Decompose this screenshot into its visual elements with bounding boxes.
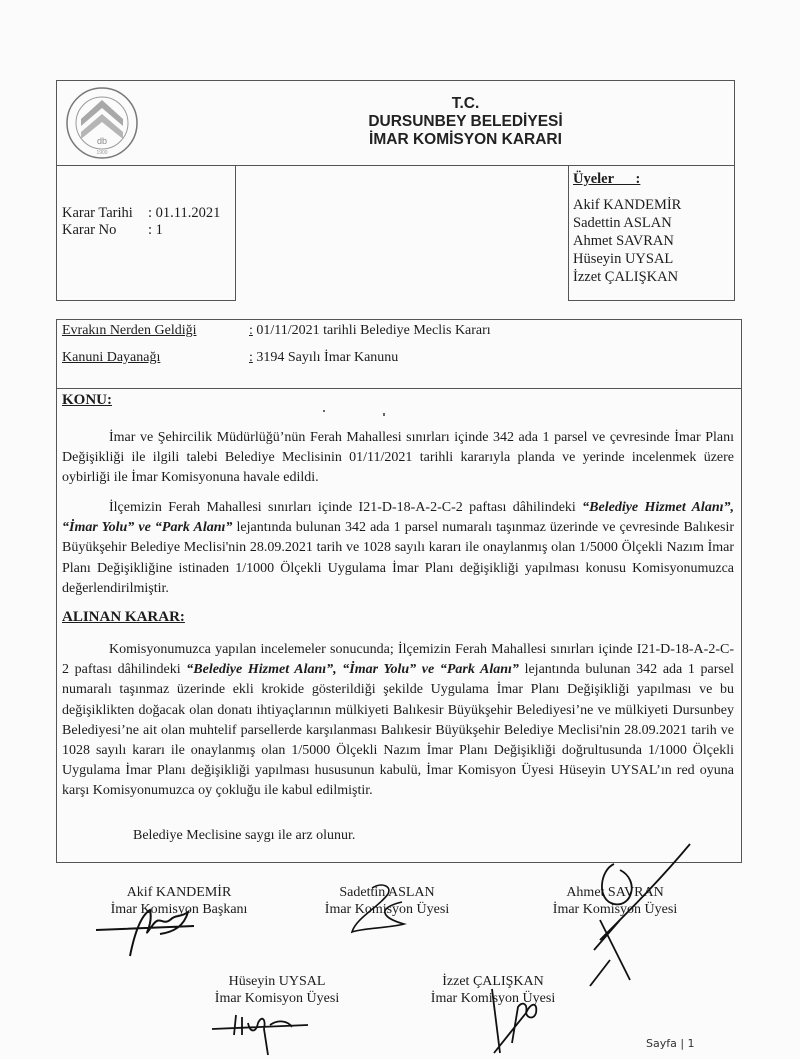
decision-no-row: Karar No: 1	[62, 221, 163, 239]
members-heading: Üyeler :	[573, 170, 734, 188]
page-number: Sayfa | 1	[646, 1037, 695, 1050]
signature-block-member-5: İzzet ÇALIŞKAN İmar Komisyon Üyesi	[418, 973, 568, 1007]
decision-date-value: : 01.11.2021	[148, 205, 220, 221]
member-item: Akif KANDEMİR	[573, 196, 734, 214]
signatory-name: Ahmet SAVRAN	[540, 884, 690, 901]
header-line-municipality: DURSUNBEY BELEDİYESİ	[197, 113, 734, 131]
signatory-title: İmar Komisyon Üyesi	[312, 901, 462, 918]
decision-no-value: : 1	[148, 222, 163, 238]
signatory-title: İmar Komisyon Üyesi	[540, 901, 690, 918]
decision-date-label: Karar Tarihi	[62, 204, 148, 222]
member-item: Hüseyin UYSAL	[573, 250, 734, 268]
members-box: Üyeler : Akif KANDEMİR Sadettin ASLAN Ah…	[568, 165, 735, 301]
section-divider	[57, 388, 741, 389]
karar-paragraph-text-cont: lejantında bulunan 342 ada 1 parsel numa…	[62, 662, 734, 798]
scan-speck	[323, 410, 325, 412]
signatory-name: Hüseyin UYSAL	[202, 973, 352, 990]
header-titles: T.C. DURSUNBEY BELEDİYESİ İMAR KOMİSYON …	[57, 95, 734, 149]
scan-speck	[383, 413, 385, 416]
karar-paragraph: Komisyonumuzca yapılan incelemeler sonuc…	[62, 640, 734, 802]
konu-paragraph-2: İlçemizin Ferah Mahallesi sınırları için…	[62, 498, 734, 599]
konu-paragraph-2-text: İlçemizin Ferah Mahallesi sınırları için…	[109, 500, 582, 515]
konu-paragraph-1: İmar ve Şehircilik Müdürlüğü’nün Ferah M…	[62, 428, 734, 489]
origin-value: 01/11/2021 tarihli Belediye Meclis Karar…	[256, 323, 490, 338]
signature-block-member-2: Sadettin ASLAN İmar Komisyon Üyesi	[312, 884, 462, 918]
signatory-name: Akif KANDEMİR	[104, 884, 254, 901]
legal-basis-row: Kanuni Dayanağı: 3194 Sayılı İmar Kanunu	[62, 350, 398, 366]
member-item: Ahmet SAVRAN	[573, 232, 734, 250]
decision-date-row: Karar Tarihi: 01.11.2021	[62, 204, 220, 222]
header-line-tc: T.C.	[197, 95, 734, 113]
alinan-karar-heading: ALINAN KARAR:	[62, 609, 185, 626]
member-item: İzzet ÇALIŞKAN	[573, 268, 734, 286]
legal-basis-label: Kanuni Dayanağı	[62, 350, 249, 366]
karar-legend-emphasis: “Belediye Hizmet Alanı”, “İmar Yolu” ve …	[186, 662, 519, 677]
origin-label: Evrakın Nerden Geldiği	[62, 323, 249, 339]
document-header: db 1900 T.C. DURSUNBEY BELEDİYESİ İMAR K…	[56, 80, 735, 166]
signatory-title: İmar Komisyon Üyesi	[418, 990, 568, 1007]
signatory-title: İmar Komisyon Üyesi	[202, 990, 352, 1007]
decision-body: Evrakın Nerden Geldiği: 01/11/2021 tarih…	[56, 319, 742, 863]
header-line-document-type: İMAR KOMİSYON KARARI	[197, 131, 734, 149]
legal-basis-value: 3194 Sayılı İmar Kanunu	[256, 350, 398, 365]
svg-text:1900: 1900	[96, 150, 107, 156]
decision-info-box: Karar Tarihi: 01.11.2021 Karar No: 1	[56, 165, 236, 301]
signature-block-member-3: Ahmet SAVRAN İmar Komisyon Üyesi	[540, 884, 690, 918]
konu-heading: KONU:	[62, 392, 112, 409]
closing-line: Belediye Meclisine saygı ile arz olunur.	[133, 828, 355, 844]
decision-no-label: Karar No	[62, 221, 148, 239]
signatory-name: Sadettin ASLAN	[312, 884, 462, 901]
signature-block-member-4: Hüseyin UYSAL İmar Komisyon Üyesi	[202, 973, 352, 1007]
member-item: Sadettin ASLAN	[573, 214, 734, 232]
origin-row: Evrakın Nerden Geldiği: 01/11/2021 tarih…	[62, 323, 491, 339]
handwritten-signature-icon	[208, 1005, 328, 1059]
signatory-title: İmar Komisyon Başkanı	[104, 901, 254, 918]
signatory-name: İzzet ÇALIŞKAN	[418, 973, 568, 990]
signature-block-chair: Akif KANDEMİR İmar Komisyon Başkanı	[104, 884, 254, 918]
